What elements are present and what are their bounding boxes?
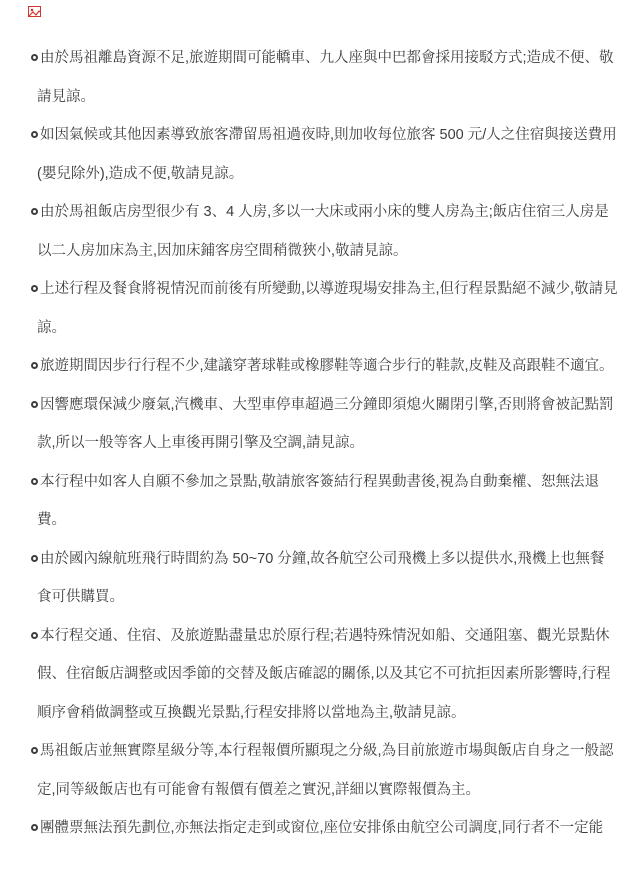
notice-text: 如因氣候或其他因素導致旅客滯留馬祖過夜時,則加收每位旅客 500 元/人之住宿與…: [37, 127, 617, 182]
notice-text: 由於國內線航班飛行時間約為 50~70 分鐘,故各航空公司飛機上多以提供水,飛機…: [37, 551, 604, 606]
notice-paragraph: 因響應環保減少廢氣,汽機車、大型車停車超過三分鐘即須熄火關閉引擎,否則將會被記點…: [37, 386, 618, 463]
notice-text: 本行程交通、住宿、及旅遊點盡量忠於原行程;若遇特殊情況如船、交通阻塞、觀光景點休…: [37, 628, 611, 721]
document-page: 由於馬祖離島資源不足,旅遊期間可能轎車、九人座與中巴都會採用接駁方式;造成不便、…: [0, 0, 635, 895]
notice-text: 由於馬祖離島資源不足,旅遊期間可能轎車、九人座與中巴都會採用接駁方式;造成不便、…: [37, 50, 614, 105]
notice-paragraph: 由於國內線航班飛行時間約為 50~70 分鐘,故各航空公司飛機上多以提供水,飛機…: [37, 540, 618, 617]
notice-paragraph: 上述行程及餐食將視情況而前後有所變動,以導遊現場安排為主,但行程景點絕不減少,敬…: [37, 270, 618, 347]
notice-paragraph: 團體票無法預先劃位,亦無法指定走到或窗位,座位安排係由航空公司調度,同行者不一定…: [37, 809, 618, 848]
notices-list: 由於馬祖離島資源不足,旅遊期間可能轎車、九人座與中巴都會採用接駁方式;造成不便、…: [37, 39, 618, 848]
bullet-icon: [31, 824, 38, 831]
notice-text: 由於馬祖飯店房型很少有 3、4 人房,多以一大床或兩小床的雙人房為主;飯店住宿三…: [37, 204, 609, 259]
bullet-icon: [31, 54, 38, 61]
bullet-icon: [31, 131, 38, 138]
bullet-icon: [31, 362, 38, 369]
bullet-icon: [31, 285, 38, 292]
notice-paragraph: 本行程中如客人自願不參加之景點,敬請旅客簽結行程異動書後,視為自動棄權、恕無法退…: [37, 463, 618, 540]
notice-text: 因響應環保減少廢氣,汽機車、大型車停車超過三分鐘即須熄火關閉引擎,否則將會被記點…: [37, 397, 614, 452]
bullet-icon: [31, 555, 38, 562]
notice-text: 團體票無法預先劃位,亦無法指定走到或窗位,座位安排係由航空公司調度,同行者不一定…: [40, 820, 603, 836]
notice-paragraph: 馬祖飯店並無實際星級分等,本行程報價所顯現之分級,為目前旅遊市場與飯店自身之一般…: [37, 732, 618, 809]
bullet-icon: [31, 747, 38, 754]
notice-text: 旅遊期間因步行行程不少,建議穿著球鞋或橡膠鞋等適合步行的鞋款,皮鞋及高跟鞋不適宜…: [40, 358, 614, 374]
notice-paragraph: 旅遊期間因步行行程不少,建議穿著球鞋或橡膠鞋等適合步行的鞋款,皮鞋及高跟鞋不適宜…: [37, 347, 618, 386]
bullet-icon: [31, 632, 38, 639]
notice-text: 上述行程及餐食將視情況而前後有所變動,以導遊現場安排為主,但行程景點絕不減少,敬…: [37, 281, 618, 336]
notice-text: 本行程中如客人自願不參加之景點,敬請旅客簽結行程異動書後,視為自動棄權、恕無法退…: [37, 474, 599, 529]
notice-paragraph: 如因氣候或其他因素導致旅客滯留馬祖過夜時,則加收每位旅客 500 元/人之住宿與…: [37, 116, 618, 193]
notice-paragraph: 本行程交通、住宿、及旅遊點盡量忠於原行程;若遇特殊情況如船、交通阻塞、觀光景點休…: [37, 617, 618, 733]
bullet-icon: [31, 208, 38, 215]
bullet-icon: [31, 478, 38, 485]
notice-paragraph: 由於馬祖離島資源不足,旅遊期間可能轎車、九人座與中巴都會採用接駁方式;造成不便、…: [37, 39, 618, 116]
broken-image-icon: [28, 4, 41, 15]
notice-text: 馬祖飯店並無實際星級分等,本行程報價所顯現之分級,為目前旅遊市場與飯店自身之一般…: [37, 743, 614, 798]
bullet-icon: [31, 401, 38, 408]
notice-paragraph: 由於馬祖飯店房型很少有 3、4 人房,多以一大床或兩小床的雙人房為主;飯店住宿三…: [37, 193, 618, 270]
